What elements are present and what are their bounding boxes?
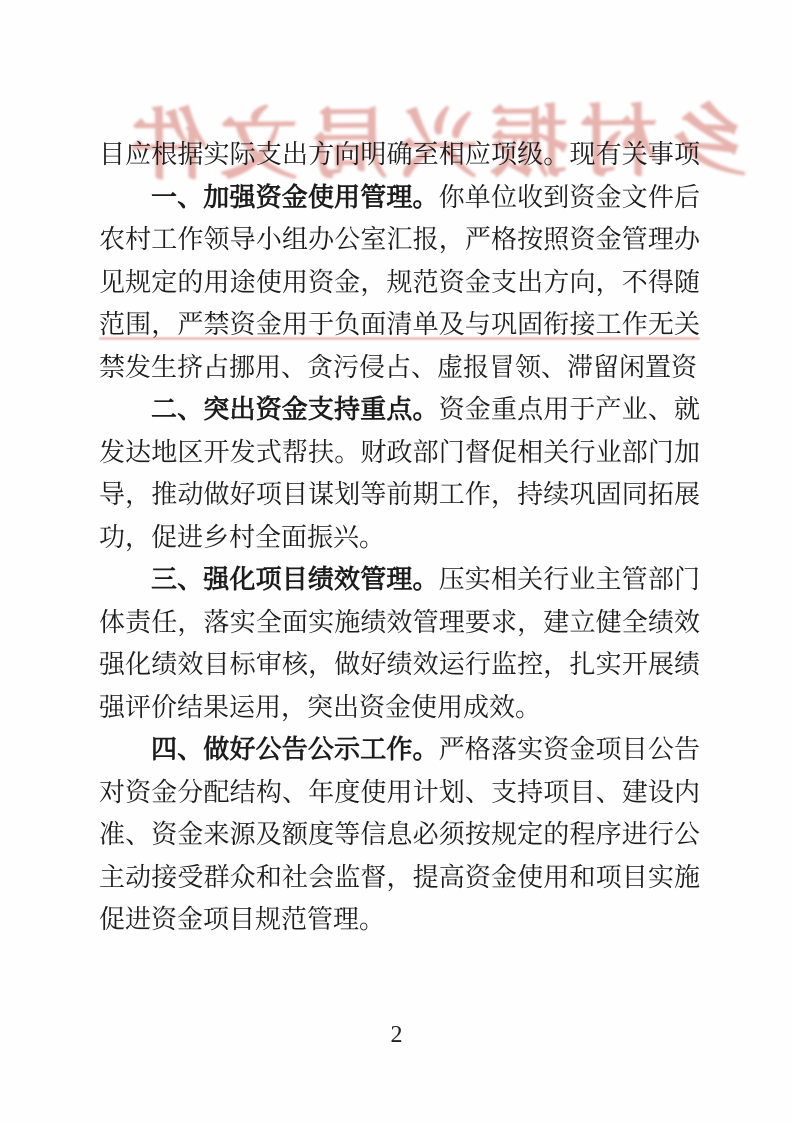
text-line: 三、强化项目绩效管理。压实相关行业主管部门预算绩效主 [99, 559, 700, 602]
document-body: 目应根据实际支出方向明确至相应项级。现有关事项通知如下：一、加强资金使用管理。你… [99, 134, 700, 942]
body-text: 功，促进乡村全面振兴。 [99, 523, 385, 552]
body-text: 导，推动做好项目谋划等前期工作，持续巩固同拓展脱贫攻坚成 [99, 480, 700, 517]
text-line: 强化绩效目标审核，做好绩效运行监控，扎实开展绩效评价，加 [99, 644, 700, 687]
body-text: 强化绩效目标审核，做好绩效运行监控，扎实开展绩效评价，加 [99, 650, 700, 687]
body-text: 发达地区开发式帮扶。财政部门督促相关行业部门加强业务指 [99, 438, 700, 475]
body-text: 目应根据实际支出方向明确至相应项级。现有关事项通知如下： [99, 140, 700, 177]
text-line: 体责任，落实全面实施绩效管理要求，建立健全绩效管理链条， [99, 602, 700, 645]
red-underline-artifact [99, 337, 700, 340]
text-line: 目应根据实际支出方向明确至相应项级。现有关事项通知如下： [99, 134, 700, 177]
text-line: 禁发生挤占挪用、贪污侵占、虚报冒领、滞留闲置资金。 [99, 347, 700, 390]
body-text: 促进资金项目规范管理。 [99, 905, 385, 934]
text-line: 见规定的用途使用资金，规范资金支出方向，不得随意扩大适用 [99, 262, 700, 305]
body-text: 主动接受群众和社会监督，提高资金使用和项目实施的透明度， [99, 863, 700, 900]
section-heading: 三、强化项目绩效管理。 [151, 565, 439, 594]
text-line: 范围，严禁资金用于负面清单及与巩固衔接工作无关的事项，严 [99, 304, 700, 347]
text-line: 发达地区开发式帮扶。财政部门督促相关行业部门加强业务指 [99, 432, 700, 475]
text-line: 功，促进乡村全面振兴。 [99, 517, 700, 560]
text-line: 促进资金项目规范管理。 [99, 899, 700, 942]
body-text: 农村工作领导小组办公室汇报，严格按照资金管理办法和指导意 [99, 225, 700, 262]
body-text: 强评价结果运用，突出资金使用成效。 [99, 693, 541, 722]
body-text: 体责任，落实全面实施绩效管理要求，建立健全绩效管理链条， [99, 608, 700, 645]
text-line: 准、资金来源及额度等信息必须按规定的程序进行公告、公示， [99, 814, 700, 857]
body-text: 见规定的用途使用资金，规范资金支出方向，不得随意扩大适用 [99, 268, 700, 305]
text-line: 一、加强资金使用管理。你单位收到资金文件后及时向党委 [99, 177, 700, 220]
body-text: 对资金分配结构、年度使用计划、支持项目、建设内容、补助标 [99, 778, 700, 815]
text-line: 二、突出资金支持重点。资金重点用于产业、就业帮扶和欠 [99, 389, 700, 432]
page-number: 2 [0, 1022, 793, 1049]
body-text: 准、资金来源及额度等信息必须按规定的程序进行公告、公示， [99, 820, 700, 857]
document-page: 乡村振兴局文件 目应根据实际支出方向明确至相应项级。现有关事项通知如下：一、加强… [0, 0, 793, 1122]
section-heading: 四、做好公告公示工作。 [151, 735, 439, 764]
text-line: 农村工作领导小组办公室汇报，严格按照资金管理办法和指导意 [99, 219, 700, 262]
text-line: 主动接受群众和社会监督，提高资金使用和项目实施的透明度， [99, 857, 700, 900]
text-line: 导，推动做好项目谋划等前期工作，持续巩固同拓展脱贫攻坚成 [99, 474, 700, 517]
text-line: 四、做好公告公示工作。严格落实资金项目公告公示制度， [99, 729, 700, 772]
section-heading: 二、突出资金支持重点。 [151, 395, 439, 424]
body-text: 范围，严禁资金用于负面清单及与巩固衔接工作无关的事项，严 [99, 310, 700, 347]
section-heading: 一、加强资金使用管理。 [151, 183, 439, 212]
text-line: 强评价结果运用，突出资金使用成效。 [99, 687, 700, 730]
text-line: 对资金分配结构、年度使用计划、支持项目、建设内容、补助标 [99, 772, 700, 815]
body-text: 禁发生挤占挪用、贪污侵占、虚报冒领、滞留闲置资金。 [99, 353, 697, 390]
